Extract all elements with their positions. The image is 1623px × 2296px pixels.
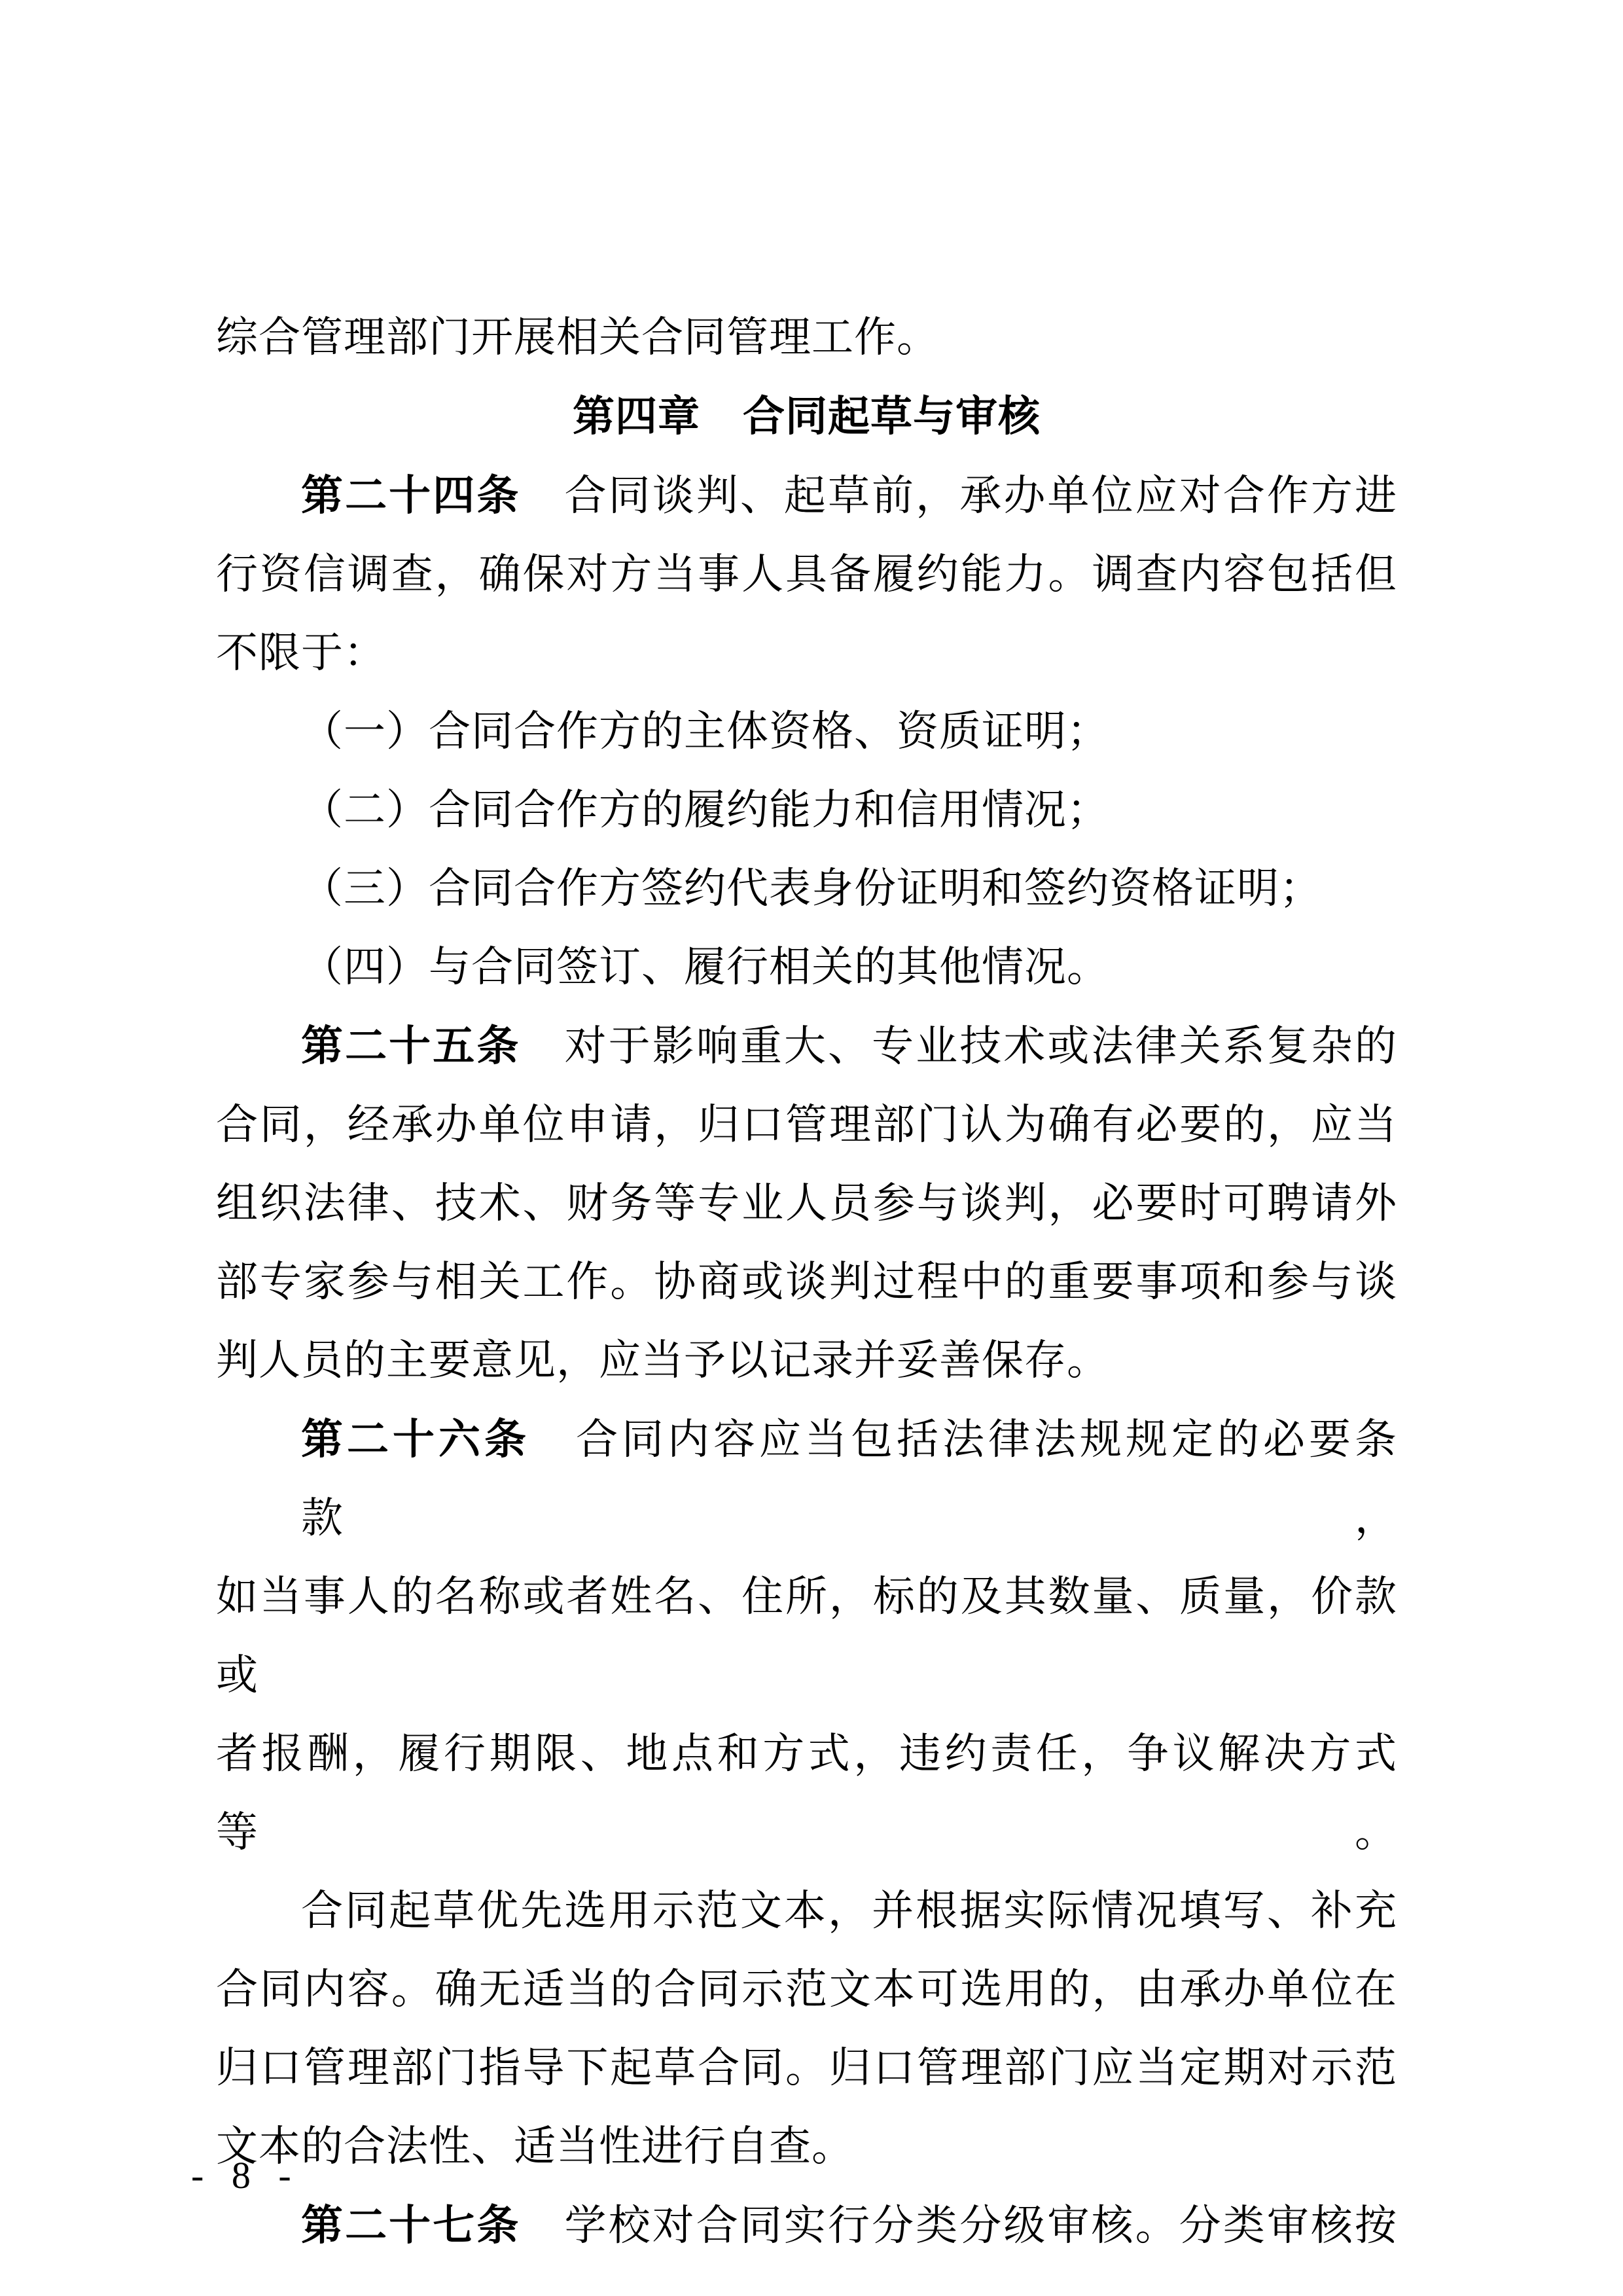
document-line-17: 者报酬，履行期限、地点和方式，违约责任，争议解决方式等。	[216, 1715, 1397, 1872]
body-text: 部专家参与相关工作。协商或谈判过程中的重要事项和参与谈	[216, 1259, 1397, 1305]
body-text: 合同谈判、起草前，承办单位应对合作方进	[520, 473, 1397, 519]
body-text: 文本的合法性、适当性进行自查。	[216, 2123, 854, 2170]
document-line-5: 不限于：	[216, 614, 1397, 692]
document-line-4: 行资信调查，确保对方当事人具备履约能力。调查内容包括但	[216, 535, 1397, 614]
document-page: 综合管理部门开展相关合同管理工作。第四章 合同起草与审核第二十四条 合同谈判、起…	[0, 0, 1623, 2296]
document-line-8: （三）合同合作方签约代表身份证明和签约资格证明；	[216, 850, 1397, 928]
document-line-16: 如当事人的名称或者姓名、住所，标的及其数量、质量，价款或	[216, 1558, 1397, 1715]
document-line-3: 第二十四条 合同谈判、起草前，承办单位应对合作方进	[216, 456, 1397, 535]
body-text: 组织法律、技术、财务等专业人员参与谈判，必要时可聘请外	[216, 1180, 1397, 1227]
document-line-9: （四）与合同签订、履行相关的其他情况。	[216, 928, 1397, 1007]
article-number-text: 第二十七条	[301, 2202, 520, 2249]
document-line-15: 第二十六条 合同内容应当包括法律法规规定的必要条款，	[216, 1400, 1397, 1558]
body-text: （二）合同合作方的履约能力和信用情况；	[301, 787, 1109, 833]
document-line-13: 部专家参与相关工作。协商或谈判过程中的重要事项和参与谈	[216, 1243, 1397, 1321]
body-text: 合同起草优先选用示范文本，并根据实际情况填写、补充	[301, 1888, 1397, 1934]
article-number-text: 第四章 合同起草与审核	[573, 393, 1041, 440]
body-text: 行资信调查，确保对方当事人具备履约能力。调查内容包括但	[216, 551, 1397, 598]
article-number-text: 第二十六条	[301, 1416, 530, 1463]
body-text: 学校对合同实行分类分级审核。分类审核按	[520, 2202, 1397, 2249]
body-text: 合同内容。确无适当的合同示范文本可选用的，由承办单位在	[216, 1966, 1397, 2013]
document-line-19: 合同内容。确无适当的合同示范文本可选用的，由承办单位在	[216, 1950, 1397, 2029]
body-text: （三）合同合作方签约代表身份证明和签约资格证明；	[301, 865, 1322, 912]
document-line-18: 合同起草优先选用示范文本，并根据实际情况填写、补充	[216, 1872, 1397, 1950]
body-text: 者报酬，履行期限、地点和方式，违约责任，争议解决方式等。	[216, 1731, 1397, 1856]
body-text: 归口管理部门指导下起草合同。归口管理部门应当定期对示范	[216, 2045, 1397, 2091]
body-text: 合同，经承办单位申请，归口管理部门认为确有必要的，应当	[216, 1102, 1397, 1148]
document-line-22: 第二十七条 学校对合同实行分类分级审核。分类审核按	[216, 2186, 1397, 2265]
body-text: 判人员的主要意见，应当予以记录并妥善保存。	[216, 1337, 1109, 1384]
document-line-7: （二）合同合作方的履约能力和信用情况；	[216, 771, 1397, 850]
document-line-12: 组织法律、技术、财务等专业人员参与谈判，必要时可聘请外	[216, 1164, 1397, 1243]
body-text: 对于影响重大、专业技术或法律关系复杂的	[520, 1023, 1397, 1069]
document-line-2: 第四章 合同起草与审核	[216, 377, 1397, 456]
document-line-10: 第二十五条 对于影响重大、专业技术或法律关系复杂的	[216, 1007, 1397, 1086]
document-line-21: 文本的合法性、适当性进行自查。	[216, 2108, 1397, 2186]
article-number-text: 第二十五条	[301, 1022, 520, 1069]
document-line-11: 合同，经承办单位申请，归口管理部门认为确有必要的，应当	[216, 1086, 1397, 1164]
body-text: （四）与合同签订、履行相关的其他情况。	[301, 944, 1109, 990]
article-number-text: 第二十四条	[301, 472, 520, 519]
document-line-14: 判人员的主要意见，应当予以记录并妥善保存。	[216, 1321, 1397, 1400]
body-text: 不限于：	[216, 630, 386, 676]
page-number: - 8 -	[191, 2156, 300, 2195]
document-text-block: 综合管理部门开展相关合同管理工作。第四章 合同起草与审核第二十四条 合同谈判、起…	[216, 298, 1397, 2265]
document-line-6: （一）合同合作方的主体资格、资质证明；	[216, 692, 1397, 771]
document-line-1: 综合管理部门开展相关合同管理工作。	[216, 298, 1397, 377]
body-text: 综合管理部门开展相关合同管理工作。	[216, 314, 939, 361]
body-text: （一）合同合作方的主体资格、资质证明；	[301, 708, 1109, 755]
body-text: 如当事人的名称或者姓名、住所，标的及其数量、质量，价款或	[216, 1573, 1397, 1698]
document-line-20: 归口管理部门指导下起草合同。归口管理部门应当定期对示范	[216, 2029, 1397, 2108]
